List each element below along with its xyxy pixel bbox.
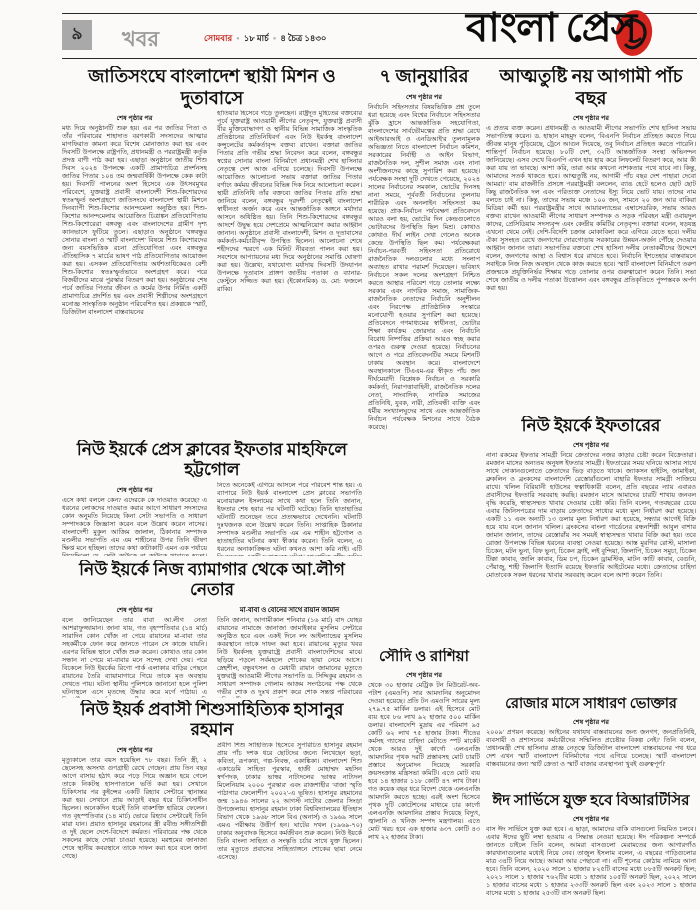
- article-headline: সৌদি ও রাশিয়া: [368, 648, 480, 666]
- body-text: বলে জানিয়েছেন তার বাবা আ.লীগ নেতা আশরাফ…: [62, 617, 207, 698]
- article-column: শেষ পৃষ্ঠার পর থেকে ৩০ হাজার মেট্রিক টন …: [368, 667, 480, 906]
- article-saudi-russia: সৌদি ও রাশিয়া শেষ পৃষ্ঠার পর থেকে ৩০ হা…: [368, 648, 480, 906]
- article-body: শেষ পৃষ্ঠার পর এ প্রত্যয় ব্যক্ত করেন। প…: [486, 110, 696, 414]
- article-body: শেষ পৃষ্ঠার পর নানা রকমের ইফতার সামগ্রী …: [486, 437, 696, 694]
- article-headline: জাতিসংঘে বাংলাদেশ স্থায়ী মিশন ও দুতাবাস…: [62, 66, 362, 109]
- continued-label: শেষ পৃষ্ঠার পর: [368, 669, 480, 681]
- body-text: থেকে ৩০ হাজার মেট্রিক টন মিউরেট-অব-পটাশ …: [368, 682, 480, 842]
- newspaper-page: { "header": { "page_number": "৯", "secti…: [0, 0, 700, 910]
- article-column: মা-বাবা ও বোনের সাথে রায়ান জামান তিনি জ…: [217, 602, 362, 698]
- article-body: শেষ পৃষ্ঠার পর নির্বাচনি সহিংসতার বিষয়ভ…: [368, 89, 480, 646]
- continued-label: শেষ পৃষ্ঠার পর: [368, 91, 480, 103]
- continued-label: শেষ পৃষ্ঠার পর: [486, 112, 696, 124]
- article-headline: ৭ জানুয়ারির: [368, 66, 480, 88]
- article-column: হাতিয়ার হিসেবে গড়ে তুলছেন। রাষ্ট্রদূত …: [217, 110, 362, 438]
- body-text: নির্বাচনি সহিংসতার বিষয়ভিত্তিক প্রশ্ন ত…: [368, 104, 480, 432]
- date-gregorian: ১৮ মার্চ: [244, 32, 269, 46]
- article-column: শেষ পৃষ্ঠার পর নানা রকমের ইফতার সামগ্রী …: [486, 437, 696, 694]
- continued-label: শেষ পৃষ্ঠার পর: [62, 112, 207, 124]
- body-text: নিতে অনেকেই এগিয়ে আসলে পরে পরিবেশ শান্ত…: [217, 482, 362, 556]
- body-text: ২০০৯' প্রণয়ন করেছে। আইনের যথাযথ বাস্তবা…: [486, 729, 696, 769]
- article-headline: নিউ ইয়র্কে প্রেস ক্লাবের ইফতার মাহফিলে …: [62, 440, 362, 481]
- article-body: শেষ পৃষ্ঠার পর মধ্য দিয়ে অনুষ্ঠানটি শুর…: [62, 110, 362, 438]
- section-title: খবর: [122, 23, 159, 58]
- body-text: নানা রকমের ইফতার সামগ্রী নিয়ে ক্রেতাদের…: [486, 452, 696, 580]
- weekday: সোমবার: [204, 32, 232, 46]
- article-iftar-ny: নিউ ইয়র্কে ইফতারের শেষ পৃষ্ঠার পর নানা …: [486, 416, 696, 694]
- article-headline: ঈদ সার্ভিসে যুক্ত হবে বিআরটিসির: [486, 792, 696, 810]
- date-bangla: ৪ চৈত্র ১৪৩০: [280, 32, 326, 46]
- dateline: সোমবার ● ১৮ মার্চ ● ৪ চৈত্র ১৪৩০: [204, 32, 326, 46]
- article-body: শেষ পৃষ্ঠার পর থেকে ৩০ হাজার মেট্রিক টন …: [368, 667, 480, 906]
- body-text: প্রবীণ শিশু সাহিত্যিক হিসেবে সুপরিচিত হা…: [217, 742, 362, 862]
- article-headline: নিউ ইয়র্কে নিজ ব্যামাগার থেকে আ.লীগ নেত…: [62, 560, 362, 601]
- article-gym-al-leader: নিউ ইয়র্কে নিজ ব্যামাগার থেকে আ.লীগ নেত…: [62, 560, 362, 698]
- continued-label: শেষ পৃষ্ঠার পর: [486, 813, 696, 825]
- body-text: মৃত্যুকালে তার বয়স হয়েছিল ৭৮ বছর। তিনি…: [62, 757, 207, 861]
- article-column: শেষ পৃষ্ঠার পর বলে জানিয়েছেন তার বাবা আ…: [62, 602, 207, 698]
- article-ramadan-consumer: রোজার মাসে সাধারণ ভোক্তার শেষ পৃষ্ঠার পর…: [486, 696, 696, 790]
- article-headline: আত্মতুষ্টি নয় আগামী পাঁচ বছর: [486, 66, 696, 109]
- article-column: শেষ পৃষ্ঠার পর নির্বাচনি সহিংসতার বিষয়ভ…: [368, 89, 480, 646]
- body-text: এ প্রত্যয় ব্যক্ত করেন। প্রধানমন্ত্রী ও …: [486, 125, 696, 293]
- page-number: ৯: [71, 21, 82, 49]
- body-text: তিনি জানান, আগামীকাল শনিবার (১৬ মার্চ) ব…: [217, 617, 362, 698]
- dot-separator-icon: ●: [236, 36, 240, 42]
- continued-label: শেষ পৃষ্ঠার পর: [486, 716, 696, 728]
- article-column: প্রবীণ শিশু সাহিত্যিক হিসেবে সুপরিচিত হা…: [217, 742, 362, 906]
- continued-label: শেষ পৃষ্ঠার পর: [486, 439, 696, 451]
- continued-label: শেষ পৃষ্ঠার পর: [62, 604, 207, 616]
- article-five-years: আত্মতুষ্টি নয় আগামী পাঁচ বছর শেষ পৃষ্ঠা…: [486, 66, 696, 414]
- body-text: হাতিয়ার হিসেবে গড়ে তুলছেন। রাষ্ট্রদূত …: [217, 110, 362, 294]
- masthead-title: বাংলা প্রেস: [466, 5, 636, 50]
- dot-separator-icon: ●: [273, 36, 277, 42]
- article-column: শেষ পৃষ্ঠার পর বাস ঈদ সার্ভিসে যুক্ত করা…: [486, 811, 696, 906]
- article-hasanur-rahman: নিউ ইয়র্ক প্রবাসী শিশুসাহিত্যিক হাসানুর…: [62, 700, 362, 906]
- continued-label: শেষ পৃষ্ঠার পর: [62, 744, 207, 756]
- photo-caption: মা-বাবা ও বোনের সাথে রায়ান জামান: [217, 604, 362, 616]
- article-body: শেষ পৃষ্ঠার পর বাস ঈদ সার্ভিসে যুক্ত করা…: [486, 811, 696, 906]
- page-number-badge: ৯: [62, 20, 92, 50]
- article-january-7: ৭ জানুয়ারির শেষ পৃষ্ঠার পর নির্বাচনি সহ…: [368, 66, 480, 646]
- article-body: শেষ পৃষ্ঠার পর বলে জানিয়েছেন তার বাবা আ…: [62, 602, 362, 698]
- body-text: বাস ঈদ সার্ভিসে যুক্ত করা হবে। এ ছাড়া, …: [486, 826, 696, 898]
- article-column: শেষ পৃষ্ঠার পর এসে কথা বললে কেন? এদেরকে …: [62, 482, 207, 556]
- article-body: শেষ পৃষ্ঠার পর এসে কথা বললে কেন? এদেরকে …: [62, 482, 362, 556]
- article-body: শেষ পৃষ্ঠার পর ২০০৯' প্রণয়ন করেছে। আইনে…: [486, 714, 696, 790]
- article-column: শেষ পৃষ্ঠার পর এ প্রত্যয় ব্যক্ত করেন। প…: [486, 110, 696, 414]
- body-text: মধ্য দিয়ে অনুষ্ঠানটি শুরু হয়। এর পর জা…: [62, 125, 207, 317]
- article-body: শেষ পৃষ্ঠার পর মৃত্যুকালে তার বয়স হয়েছ…: [62, 742, 362, 906]
- continued-label: শেষ পৃষ্ঠার পর: [62, 484, 207, 496]
- body-text: এসে কথা বললে কেন? এদেরকে কে দাওয়াত করেছ…: [62, 497, 207, 556]
- header-bottom-rule: [62, 58, 697, 59]
- article-eid-brtc: ঈদ সার্ভিসে যুক্ত হবে বিআরটিসির শেষ পৃষ্…: [486, 792, 696, 906]
- article-headline: নিউ ইয়র্ক প্রবাসী শিশুসাহিত্যিক হাসানুর…: [62, 700, 362, 741]
- article-column: শেষ পৃষ্ঠার পর মৃত্যুকালে তার বয়স হয়েছ…: [62, 742, 207, 906]
- article-press-club: নিউ ইয়র্কে প্রেস ক্লাবের ইফতার মাহফিলে …: [62, 440, 362, 556]
- article-column: শেষ পৃষ্ঠার পর ২০০৯' প্রণয়ন করেছে। আইনে…: [486, 714, 696, 790]
- article-un-mission: জাতিসংঘে বাংলাদেশ স্থায়ী মিশন ও দুতাবাস…: [62, 66, 362, 438]
- article-column: নিতে অনেকেই এগিয়ে আসলে পরে পরিবেশ শান্ত…: [217, 482, 362, 556]
- article-headline: নিউ ইয়র্কে ইফতারের: [486, 416, 696, 436]
- article-column: শেষ পৃষ্ঠার পর মধ্য দিয়ে অনুষ্ঠানটি শুর…: [62, 110, 207, 438]
- article-headline: রোজার মাসে সাধারণ ভোক্তার: [486, 696, 696, 713]
- masthead: বাংলা প্রেস: [396, 5, 652, 51]
